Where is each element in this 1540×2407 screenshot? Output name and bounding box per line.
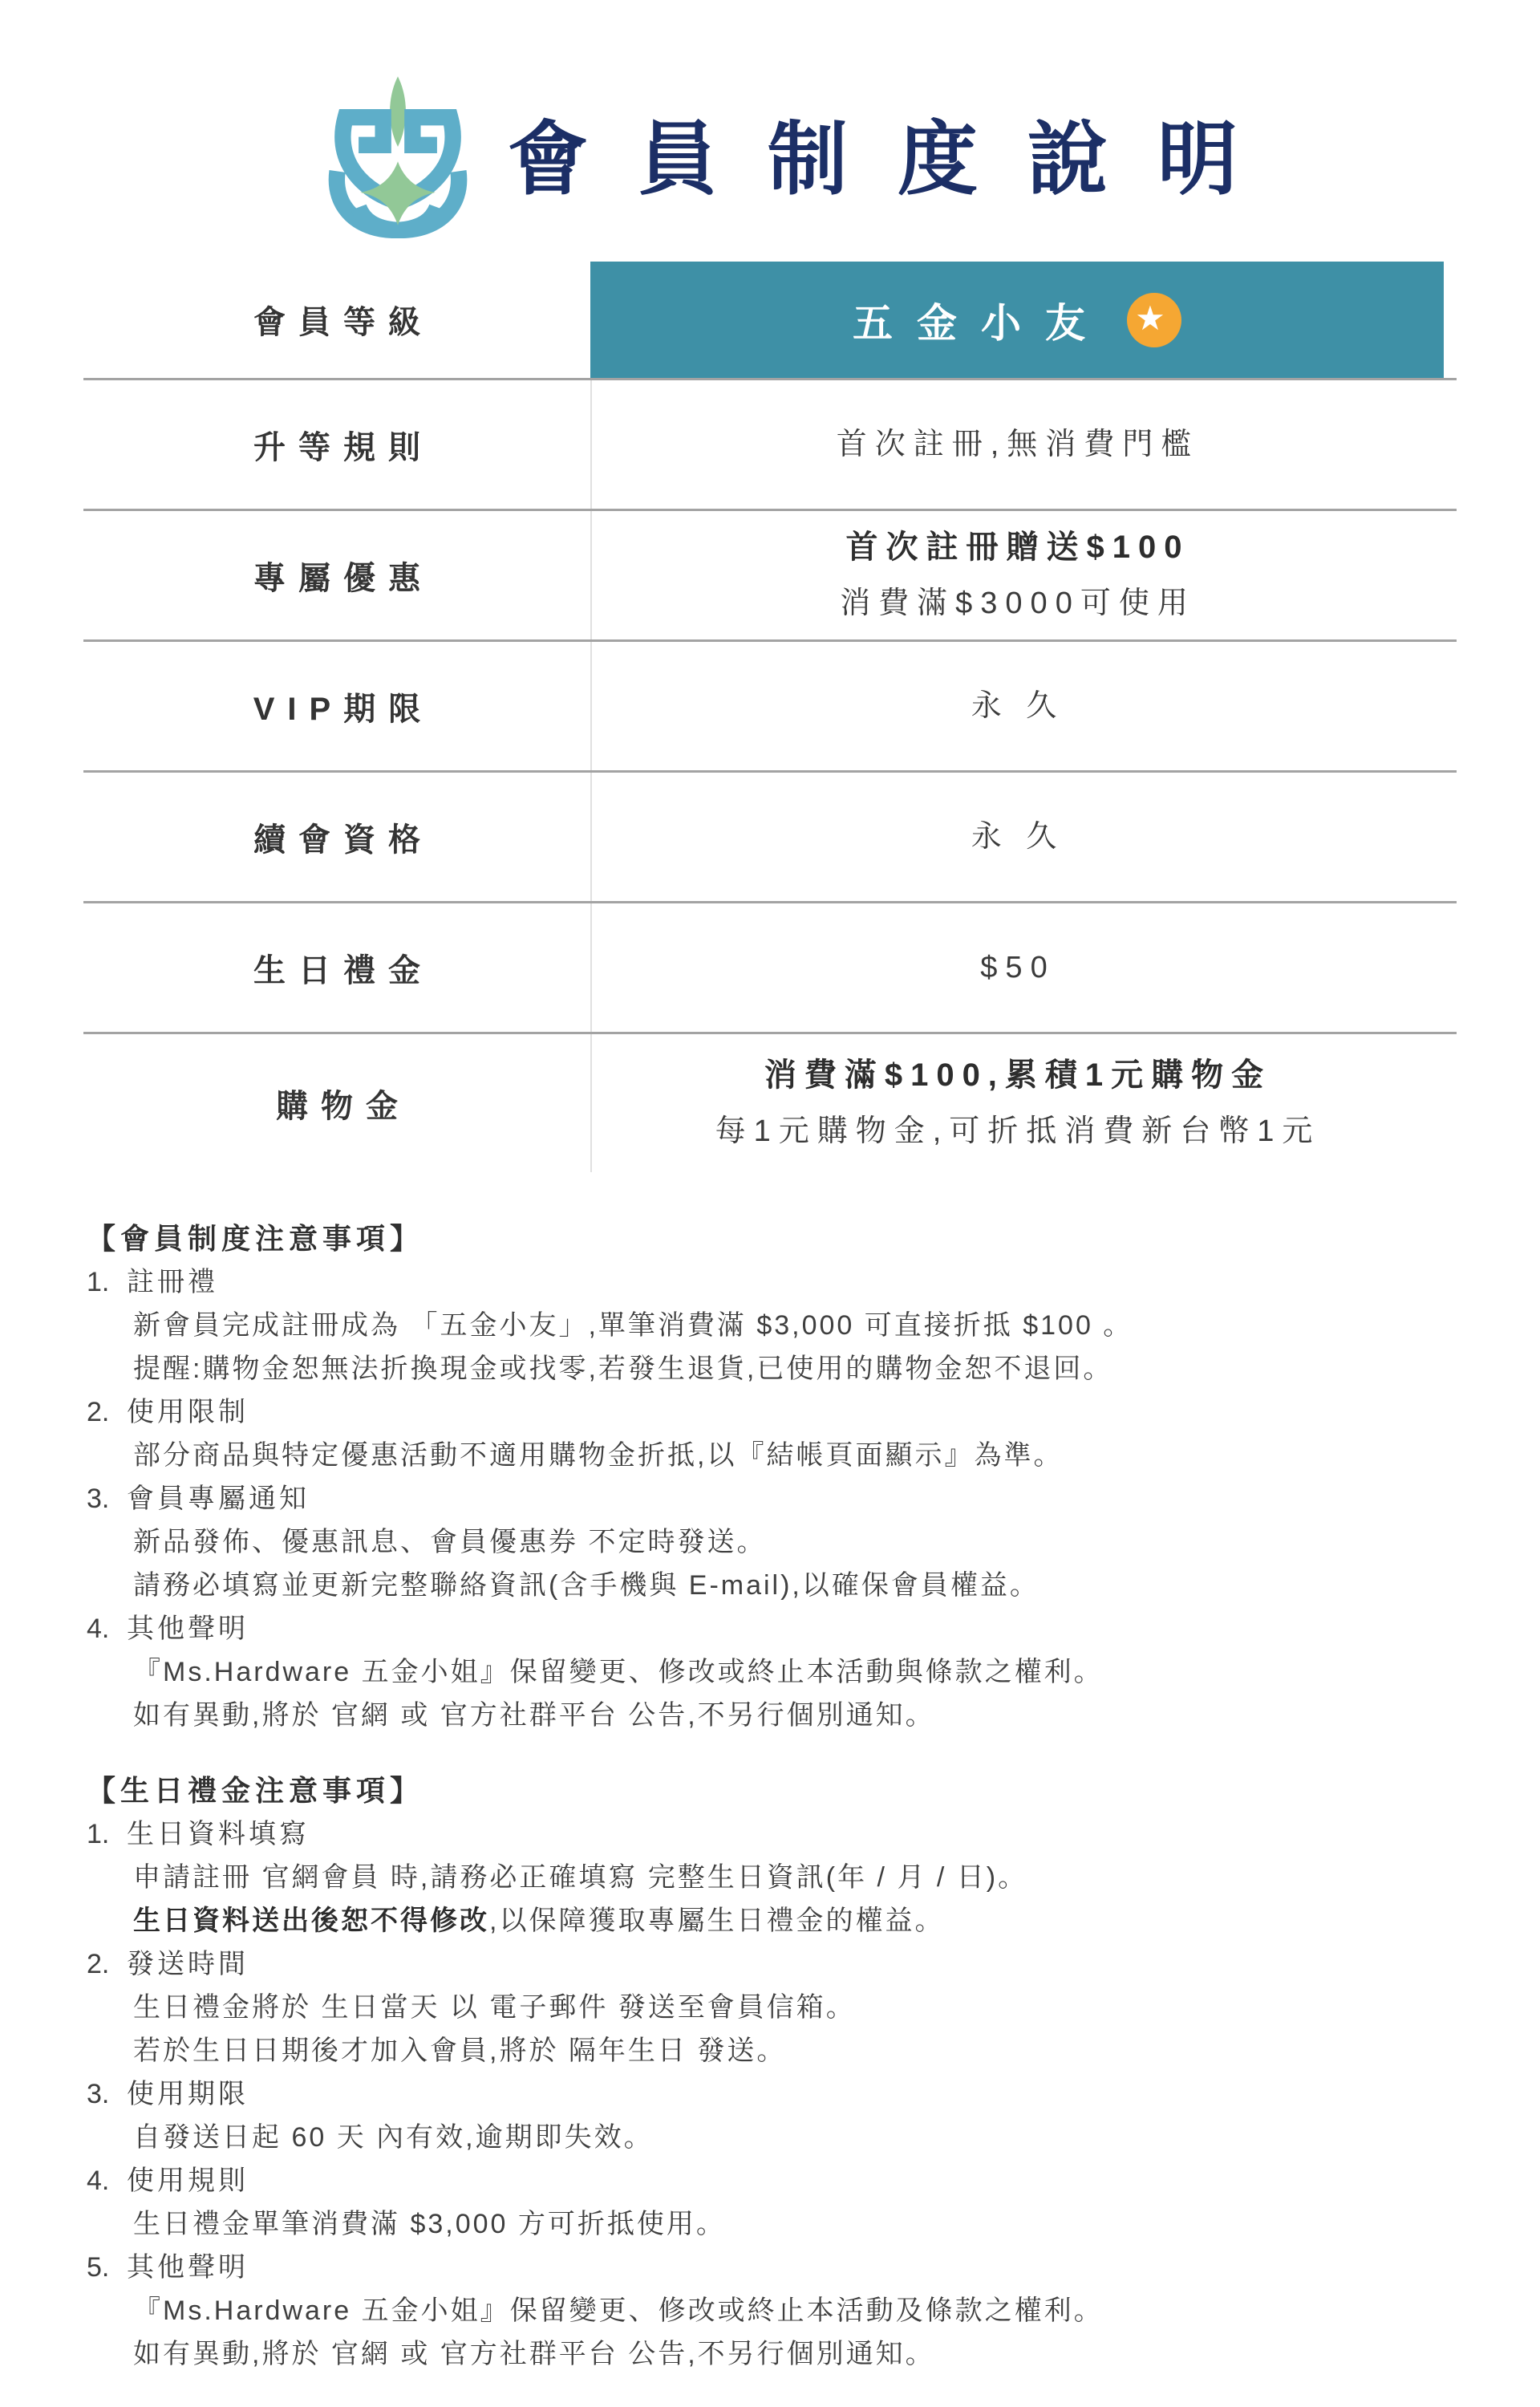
star-icon: ★ xyxy=(1135,302,1173,335)
note-item: 2. 使用限制 部分商品與特定優惠活動不適用購物金折抵,以『結帳頁面顯示』為準。 xyxy=(87,1390,1450,1477)
note-line: 新會員完成註冊成為 「五金小友」,單筆消費滿 $3,000 可直接折抵 $100… xyxy=(87,1304,1450,1347)
note-item-lines: 『Ms.Hardware 五金小姐』保留變更、修改或終止本活動及條款之權利。如有… xyxy=(87,2289,1450,2376)
table-row-value: 消費滿$100,累積1元購物金每1元購物金,可折抵消費新台幣1元 xyxy=(590,1034,1444,1172)
note-line: 『Ms.Hardware 五金小姐』保留變更、修改或終止本活動與條款之權利。 xyxy=(87,1650,1450,1694)
note-line: 生日資料送出後恕不得修改,以保障獲取專屬生日禮金的權益。 xyxy=(87,1899,1450,1942)
section-items: 1. 註冊禮 新會員完成註冊成為 「五金小友」,單筆消費滿 $3,000 可直接… xyxy=(87,1260,1450,1737)
note-item-title: 註冊禮 xyxy=(127,1260,218,1304)
note-item-number: 1. xyxy=(87,1812,127,1856)
note-item-lines: 部分商品與特定優惠活動不適用購物金折抵,以『結帳頁面顯示』為準。 xyxy=(87,1434,1450,1477)
table-row-membership-tier: 會員等級 五金小友 ★ xyxy=(83,262,1457,380)
section-heading: 【生日禮金注意事項】 xyxy=(87,1769,1450,1812)
note-item-heading: 1. 註冊禮 xyxy=(87,1260,1450,1304)
table-row-value: 永 久 xyxy=(590,773,1444,901)
note-item-lines: 自發送日起 60 天 內有效,逾期即失效。 xyxy=(87,2116,1450,2159)
page-title: 會員制度說明 xyxy=(508,95,1287,210)
table-row-label: VIP期限 xyxy=(83,642,603,770)
note-item-heading: 2. 使用限制 xyxy=(87,1390,1450,1434)
table-row-label: 續會資格 xyxy=(83,773,603,901)
tier-name: 五金小友 xyxy=(853,291,1109,349)
note-item-number: 5. xyxy=(87,2246,127,2289)
note-line: 提醒:購物金恕無法折換現金或找零,若發生退貨,已使用的購物金恕不退回。 xyxy=(87,1347,1450,1390)
note-item-number: 2. xyxy=(87,1390,127,1434)
note-line: 『Ms.Hardware 五金小姐』保留變更、修改或終止本活動及條款之權利。 xyxy=(87,2289,1450,2332)
note-item-number: 2. xyxy=(87,1942,127,1986)
note-item-title: 生日資料填寫 xyxy=(127,1812,310,1856)
note-item-title: 其他聲明 xyxy=(127,1607,249,1650)
note-line: 如有異動,將於 官網 或 官方社群平台 公告,不另行個別通知。 xyxy=(87,1694,1450,1737)
note-item: 5. 其他聲明 『Ms.Hardware 五金小姐』保留變更、修改或終止本活動及… xyxy=(87,2246,1450,2376)
note-item-number: 3. xyxy=(87,2072,127,2116)
note-item-number: 1. xyxy=(87,1260,127,1304)
note-line: 申請註冊 官網會員 時,請務必正確填寫 完整生日資訊(年 / 月 / 日)。 xyxy=(87,1856,1450,1899)
note-item-heading: 3. 使用期限 xyxy=(87,2072,1450,2116)
note-item: 4. 使用規則 生日禮金單筆消費滿 $3,000 方可折抵使用。 xyxy=(87,2159,1450,2246)
brand-logo-icon xyxy=(302,67,493,238)
notes-section: 【生日禮金注意事項】 1. 生日資料填寫 申請註冊 官網會員 時,請務必正確填寫… xyxy=(87,1769,1450,2376)
member-table: 會員等級 五金小友 ★ 升等規則 首次註冊,無消費門檻 專屬優惠 首次註冊贈送$… xyxy=(83,262,1457,1172)
note-line: 若於生日日期後才加入會員,將於 隔年生日 發送。 xyxy=(87,2029,1450,2072)
note-item-lines: 生日禮金將於 生日當天 以 電子郵件 發送至會員信箱。若於生日日期後才加入會員,… xyxy=(87,1986,1450,2072)
note-item-lines: 生日禮金單筆消費滿 $3,000 方可折抵使用。 xyxy=(87,2202,1450,2246)
note-item-title: 發送時間 xyxy=(127,1942,249,1986)
note-item: 1. 生日資料填寫 申請註冊 官網會員 時,請務必正確填寫 完整生日資訊(年 /… xyxy=(87,1812,1450,1942)
star-badge: ★ xyxy=(1127,293,1181,347)
note-line: 請務必填寫並更新完整聯絡資訊(含手機與 E-mail),以確保會員權益。 xyxy=(87,1564,1450,1607)
note-item-title: 會員專屬通知 xyxy=(127,1477,310,1520)
note-item-number: 4. xyxy=(87,1607,127,1650)
table-row-label: 會員等級 xyxy=(83,262,603,378)
table-value-line: 永 久 xyxy=(971,815,1065,858)
note-line: 部分商品與特定優惠活動不適用購物金折抵,以『結帳頁面顯示』為準。 xyxy=(87,1434,1450,1477)
note-item-lines: 新會員完成註冊成為 「五金小友」,單筆消費滿 $3,000 可直接折抵 $100… xyxy=(87,1304,1450,1390)
note-item: 3. 使用期限 自發送日起 60 天 內有效,逾期即失效。 xyxy=(87,2072,1450,2159)
note-item-number: 3. xyxy=(87,1477,127,1520)
table-row-label: 升等規則 xyxy=(83,380,603,509)
note-line: 新品發佈、優惠訊息、會員優惠券 不定時發送。 xyxy=(87,1520,1450,1564)
note-item: 1. 註冊禮 新會員完成註冊成為 「五金小友」,單筆消費滿 $3,000 可直接… xyxy=(87,1260,1450,1390)
table-row-label: 購物金 xyxy=(83,1034,603,1172)
table-value-line: 永 久 xyxy=(971,684,1065,728)
note-item-lines: 『Ms.Hardware 五金小姐』保留變更、修改或終止本活動與條款之權利。如有… xyxy=(87,1650,1450,1737)
table-row-label: 專屬優惠 xyxy=(83,511,603,639)
note-item-heading: 4. 其他聲明 xyxy=(87,1607,1450,1650)
note-item: 3. 會員專屬通知 新品發佈、優惠訊息、會員優惠券 不定時發送。請務必填寫並更新… xyxy=(87,1477,1450,1607)
table-row: 續會資格 永 久 xyxy=(83,773,1457,903)
note-line: 生日禮金將於 生日當天 以 電子郵件 發送至會員信箱。 xyxy=(87,1986,1450,2029)
table-value-line: 每1元購物金,可折抵消費新台幣1元 xyxy=(715,1110,1321,1153)
table-value-line: 首次註冊贈送$100 xyxy=(846,526,1190,569)
section-items: 1. 生日資料填寫 申請註冊 官網會員 時,請務必正確填寫 完整生日資訊(年 /… xyxy=(87,1812,1450,2376)
note-item-lines: 新品發佈、優惠訊息、會員優惠券 不定時發送。請務必填寫並更新完整聯絡資訊(含手機… xyxy=(87,1520,1450,1607)
note-item-title: 使用期限 xyxy=(127,2072,249,2116)
note-item-heading: 3. 會員專屬通知 xyxy=(87,1477,1450,1520)
note-item-lines: 申請註冊 官網會員 時,請務必正確填寫 完整生日資訊(年 / 月 / 日)。生日… xyxy=(87,1856,1450,1942)
table-row: 升等規則 首次註冊,無消費門檻 xyxy=(83,380,1457,511)
table-value-line: 消費滿$3000可使用 xyxy=(840,582,1196,625)
logo-leaf-shape xyxy=(390,76,406,147)
table-row: VIP期限 永 久 xyxy=(83,642,1457,773)
note-item-title: 使用限制 xyxy=(127,1390,249,1434)
table-row-value: 首次註冊贈送$100消費滿$3000可使用 xyxy=(590,511,1444,639)
tier-header-cell: 五金小友 ★ xyxy=(590,262,1444,378)
note-line: 如有異動,將於 官網 或 官方社群平台 公告,不另行個別通知。 xyxy=(87,2332,1450,2376)
note-item-heading: 2. 發送時間 xyxy=(87,1942,1450,1986)
note-line: 自發送日起 60 天 內有效,逾期即失效。 xyxy=(87,2116,1450,2159)
table-row: 購物金 消費滿$100,累積1元購物金每1元購物金,可折抵消費新台幣1元 xyxy=(83,1034,1457,1172)
note-item-heading: 4. 使用規則 xyxy=(87,2159,1450,2202)
table-row-label: 生日禮金 xyxy=(83,903,603,1032)
notes-section: 【會員制度注意事項】 1. 註冊禮 新會員完成註冊成為 「五金小友」,單筆消費滿… xyxy=(87,1217,1450,1737)
note-line: 生日禮金單筆消費滿 $3,000 方可折抵使用。 xyxy=(87,2202,1450,2246)
table-row: 專屬優惠 首次註冊贈送$100消費滿$3000可使用 xyxy=(83,511,1457,642)
page-header: 會員制度說明 xyxy=(0,64,1540,241)
table-row-value: $50 xyxy=(590,903,1444,1032)
table-row-value: 永 久 xyxy=(590,642,1444,770)
notes: 【會員制度注意事項】 1. 註冊禮 新會員完成註冊成為 「五金小友」,單筆消費滿… xyxy=(87,1217,1450,2376)
note-item-title: 使用規則 xyxy=(127,2159,249,2202)
note-item-heading: 1. 生日資料填寫 xyxy=(87,1812,1450,1856)
table-value-line: 首次註冊,無消費門檻 xyxy=(837,423,1200,466)
note-item: 2. 發送時間 生日禮金將於 生日當天 以 電子郵件 發送至會員信箱。若於生日日… xyxy=(87,1942,1450,2072)
tier-cell: 五金小友 ★ xyxy=(853,291,1181,349)
table-row-value: 首次註冊,無消費門檻 xyxy=(590,380,1444,509)
table-value-line: 消費滿$100,累積1元購物金 xyxy=(764,1053,1271,1097)
table-value-line: $50 xyxy=(980,946,1055,989)
table-row: 生日禮金 $50 xyxy=(83,903,1457,1034)
note-item: 4. 其他聲明 『Ms.Hardware 五金小姐』保留變更、修改或終止本活動與… xyxy=(87,1607,1450,1737)
note-item-number: 4. xyxy=(87,2159,127,2202)
note-item-heading: 5. 其他聲明 xyxy=(87,2246,1450,2289)
section-heading: 【會員制度注意事項】 xyxy=(87,1217,1450,1260)
note-item-title: 其他聲明 xyxy=(127,2246,249,2289)
